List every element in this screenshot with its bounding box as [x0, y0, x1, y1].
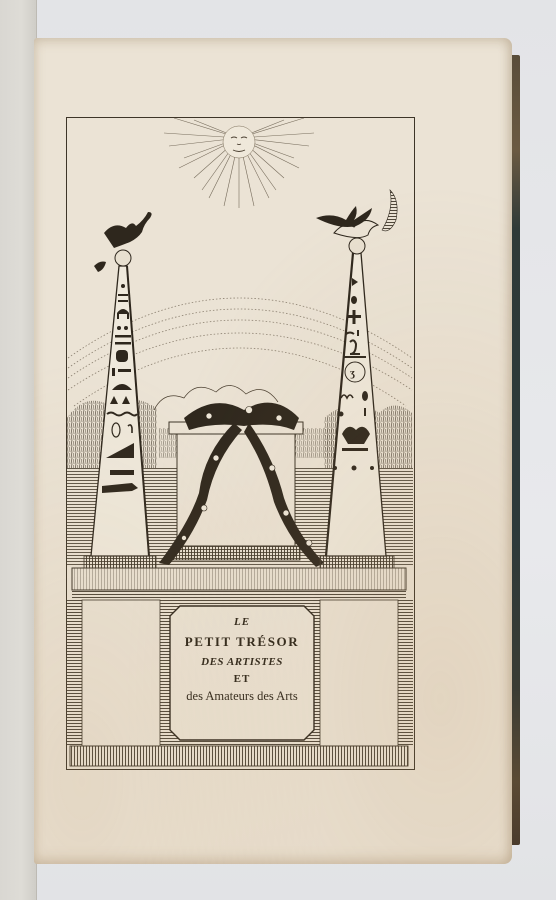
- book-page: ʒ: [34, 38, 512, 864]
- title-line-petit-tresor: PETIT TRÉSOR: [167, 634, 317, 650]
- title-plaque: LE PETIT TRÉSOR DES ARTISTES ET des Amat…: [167, 608, 317, 704]
- engraving-illustration: ʒ: [34, 38, 512, 864]
- central-pedestal: [169, 422, 303, 560]
- title-line-le: LE: [167, 616, 317, 628]
- title-line-amateurs: des Amateurs des Arts: [167, 689, 317, 704]
- sun-icon: [164, 118, 314, 208]
- title-line-des-artistes: DES ARTISTES: [167, 656, 317, 668]
- left-obelisk: [91, 212, 152, 556]
- title-line-et: ET: [167, 673, 317, 685]
- svg-text:ʒ: ʒ: [350, 367, 355, 379]
- phoenix-in-flames-icon: [316, 190, 397, 238]
- facing-page-edge: [0, 0, 37, 900]
